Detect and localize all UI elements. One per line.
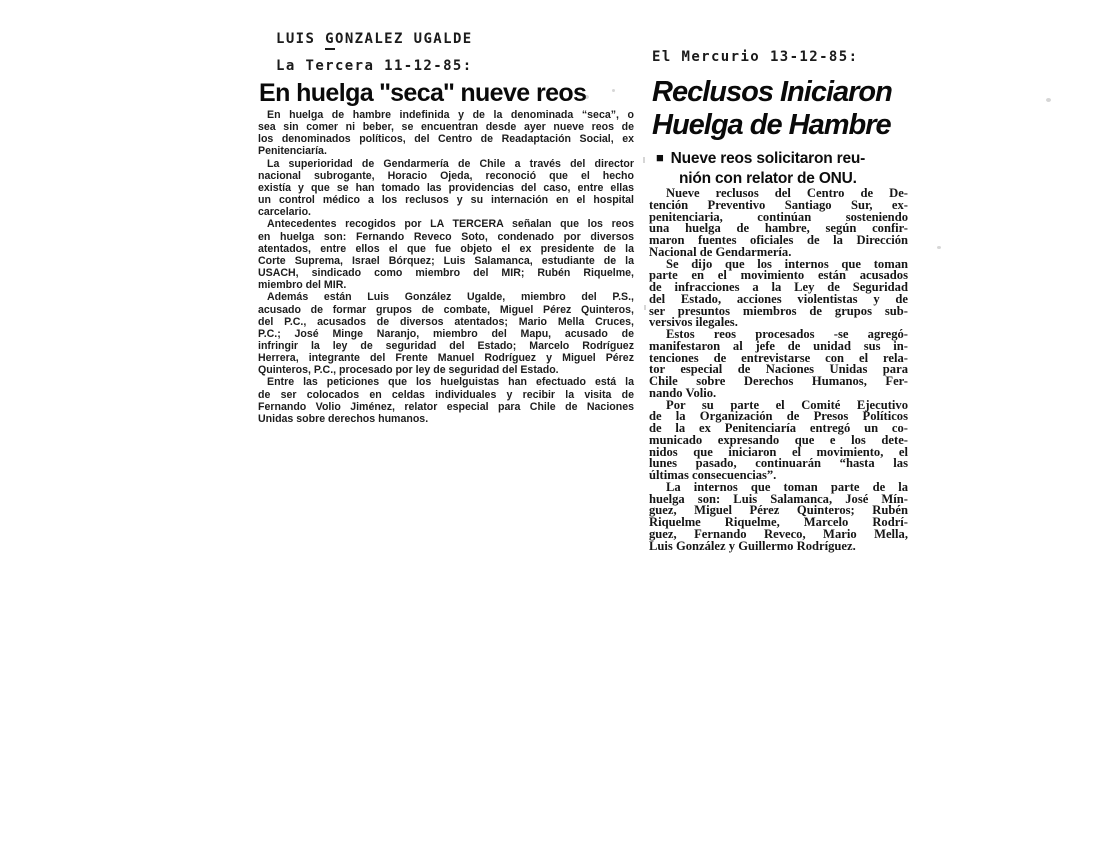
text-line: Unidas sobre derechos humanos. xyxy=(258,413,634,425)
text-line: existía y que se han tomado las providen… xyxy=(258,182,634,194)
byline-underlined-letter: G xyxy=(325,31,335,50)
headline-la-tercera: En huelga ''seca'' nueve reos xyxy=(259,79,586,108)
text-line: Corte Suprema, Israel Bórquez; Luis Sala… xyxy=(258,255,634,267)
scan-speck xyxy=(1046,98,1051,102)
text-line: En huelga de hambre indefinida y de la d… xyxy=(258,109,634,121)
headline-line-2: Huelga de Hambre xyxy=(652,109,891,141)
headline-el-mercurio: Reclusos Iniciaron Huelga de Hambre xyxy=(652,76,892,142)
text-line: Penitenciaría. xyxy=(258,145,634,157)
subhead-text-1: Nueve reos solicitaron reu- xyxy=(671,150,865,167)
byline-rest: ONZALEZ UGALDE xyxy=(335,31,473,47)
scanned-press-clippings-page: LUIS GONZALEZ UGALDE La Tercera 11-12-85… xyxy=(0,0,1100,850)
source-date-el-mercurio: El Mercurio 13-12-85: xyxy=(652,49,858,65)
text-line: Luis González y Guillermo Rodríguez. xyxy=(649,541,908,553)
text-line: del P.C., acusados de diversos atentados… xyxy=(258,316,634,328)
text-line: P.C.; José Minge Naranjo, miembro del Ma… xyxy=(258,328,634,340)
text-line: infringir la ley de seguridad del Estado… xyxy=(258,340,634,352)
text-line: Antecedentes recogidos por LA TERCERA se… xyxy=(258,218,634,230)
text-line: nacional subrogante, Horacio Ojeda, reco… xyxy=(258,170,634,182)
text-line: Herrera, integrante del Frente Manuel Ro… xyxy=(258,352,634,364)
article-body-la-tercera: En huelga de hambre indefinida y de la d… xyxy=(258,109,634,425)
byline-typewritten: LUIS GONZALEZ UGALDE xyxy=(276,31,473,47)
paragraph: Además están Luis González Ugalde, miemb… xyxy=(258,291,634,376)
scan-speck xyxy=(937,246,941,249)
text-line: Entre las peticiones que los huelguistas… xyxy=(258,376,634,388)
text-line: atentados, entre ellos el que fue objeto… xyxy=(258,243,634,255)
scan-speck xyxy=(643,157,645,163)
paragraph: La internos que toman parte de lahuelga … xyxy=(649,482,908,553)
text-line: Quinteros, P.C., procesado por ley de se… xyxy=(258,364,634,376)
text-line: de ser colocados en celdas individuales … xyxy=(258,389,634,401)
scan-speck xyxy=(612,89,615,92)
scan-speck xyxy=(584,95,589,99)
text-line: Fernando Volio Jiménez, relator especial… xyxy=(258,401,634,413)
scan-speck xyxy=(644,305,646,310)
text-line: miembro del MIR. xyxy=(258,279,634,291)
text-line: USACH, sindicado como miembro del MIR; R… xyxy=(258,267,634,279)
source-date-la-tercera: La Tercera 11-12-85: xyxy=(276,58,473,74)
subhead-el-mercurio: ■Nueve reos solicitaron reu- nión con re… xyxy=(656,148,894,188)
paragraph: Se dijo que los internos que tomanparte … xyxy=(649,259,908,330)
headline-line-1: Reclusos Iniciaron xyxy=(652,76,892,108)
text-line: en huelga son: Fernando Reveco Soto, con… xyxy=(258,231,634,243)
text-line: carcelario. xyxy=(258,206,634,218)
square-bullet-icon: ■ xyxy=(656,148,664,168)
text-line: sea sin comer ni beber, se encuentran de… xyxy=(258,121,634,133)
paragraph: Antecedentes recogidos por LA TERCERA se… xyxy=(258,218,634,291)
byline-prefix: LUIS xyxy=(276,31,325,47)
paragraph: La superioridad de Gendarmería de Chile … xyxy=(258,158,634,219)
subhead-line-1: ■Nueve reos solicitaron reu- xyxy=(656,148,894,169)
article-body-el-mercurio: Nueve reclusos del Centro de De-tención … xyxy=(649,188,908,552)
text-line: La superioridad de Gendarmería de Chile … xyxy=(258,158,634,170)
text-line: Además están Luis González Ugalde, miemb… xyxy=(258,291,634,303)
paragraph: Entre las peticiones que los huelguistas… xyxy=(258,376,634,425)
paragraph: Estos reos procesados -se agregó-manifes… xyxy=(649,329,908,400)
text-line: un control médico a los reclusos y su in… xyxy=(258,194,634,206)
paragraph: Nueve reclusos del Centro de De-tención … xyxy=(649,188,908,259)
text-line: los denominados políticos, del Centro de… xyxy=(258,133,634,145)
paragraph: En huelga de hambre indefinida y de la d… xyxy=(258,109,634,158)
paragraph: Por su parte el Comité Ejecutivode la Or… xyxy=(649,400,908,482)
text-line: acusado de formar grupos de combate, Mig… xyxy=(258,304,634,316)
